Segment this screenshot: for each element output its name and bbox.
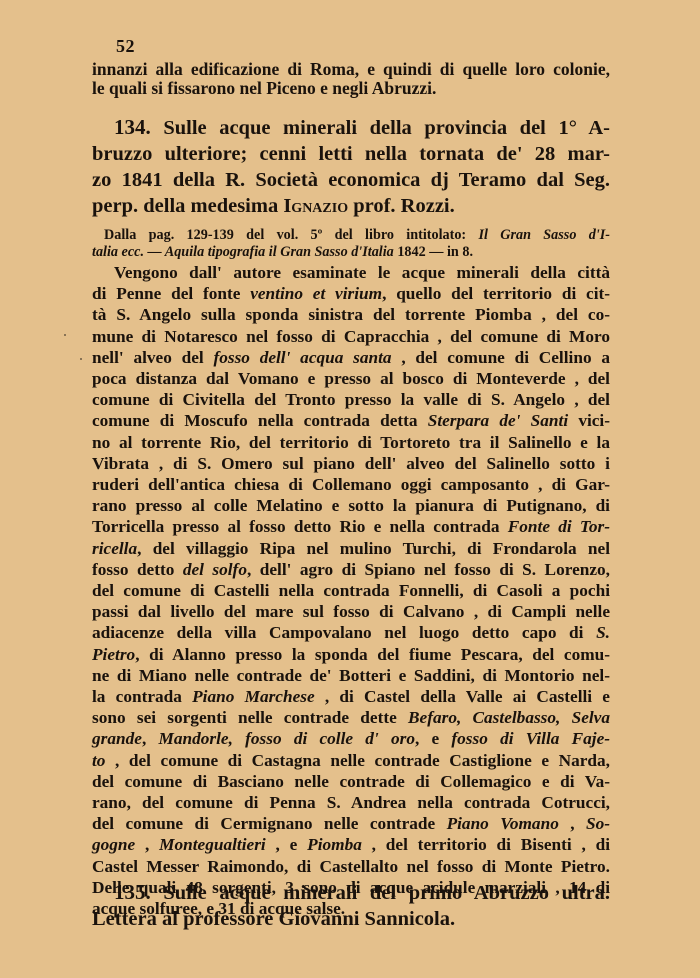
body-text: , e (415, 729, 451, 748)
citation-line: talia ecc. — Aquila tipografia il Gran S… (92, 244, 610, 261)
italic-place-name: ricella (92, 539, 137, 558)
body-text: sono sei sorgenti nelle contrade dette (92, 708, 408, 727)
italic-place-name: grande (92, 729, 142, 748)
body-text: poca distanza dal Vomano e presso al bos… (92, 369, 610, 388)
source-citation: Dalla pag. 129-139 del vol. 5º del libro… (92, 227, 610, 261)
body-text: no al torrente Rio, del territorio di To… (92, 433, 610, 452)
body-text: Torricella presso al fosso detto Rio e n… (92, 517, 508, 536)
book-page: 52 innanzi alla edificazione di Roma, e … (0, 0, 700, 978)
italic-place-name: Sterpara de' Santi (428, 411, 568, 430)
body-line: del comune di Castelli nella contrada Fo… (92, 580, 610, 601)
body-text: fosso detto (92, 560, 183, 579)
body-text: , di Alanno presso la sponda del fiume P… (135, 645, 610, 664)
heading-text: Sulle acque minerali del primo Abruzzo u… (163, 882, 610, 904)
body-line: ricella, del villaggio Ripa nel mulino T… (92, 538, 610, 559)
body-text: del comune di Basciano nelle contrade di… (92, 772, 610, 791)
citation-line: Dalla pag. 129-139 del vol. 5º del libro… (92, 227, 610, 244)
body-text: Castel Messer Raimondo, di Castellalto n… (92, 857, 610, 876)
italic-place-name: So- (586, 814, 610, 833)
book-title: talia ecc. — Aquila tipografia il Gran S… (92, 244, 397, 260)
body-line: to , del comune di Castagna nelle contra… (92, 750, 610, 771)
body-line: adiacenze della villa Campovalano nel lu… (92, 622, 610, 643)
book-title: Il Gran Sasso d'I- (478, 227, 610, 243)
body-line: poca distanza dal Vomano e presso al bos… (92, 368, 610, 389)
body-line: ruderi dell'antica chiesa di Collemano o… (92, 474, 610, 495)
body-line: no al torrente Rio, del territorio di To… (92, 432, 610, 453)
entry-134-body: Vengono dall' autore esaminate le acque … (92, 262, 610, 919)
text-line: le quali si fissarono nel Piceno e negli… (92, 79, 610, 98)
body-text: del comune di Castelli nella contrada Fo… (92, 581, 610, 600)
body-text: nell' alveo del (92, 348, 213, 367)
body-line: del comune di Cermignano nelle contrade … (92, 813, 610, 834)
heading-line: bruzzo ulteriore; cenni letti nella torn… (92, 141, 610, 167)
italic-place-name: fosso di Villa Faje- (451, 729, 610, 748)
body-line: Vibrata , di S. Omero sul piano dell' al… (92, 453, 610, 474)
italic-place-name: Mandorle, fosso di colle d' oro (158, 729, 414, 748)
citation-text: 1842 — in 8. (397, 244, 473, 260)
text-line: innanzi alla edificazione di Roma, e qui… (92, 60, 610, 79)
body-line: grande, Mandorle, fosso di colle d' oro,… (92, 728, 610, 749)
body-line: gogne , Montegualtieri , e Piomba , del … (92, 834, 610, 855)
body-text: , dell' agro di Spiano nel fosso di S. L… (247, 560, 610, 579)
heading-line: perp. della medesima Ignazio prof. Rozzi… (92, 193, 610, 219)
body-line: comune di Moscufo nella contrada detta S… (92, 410, 610, 431)
body-text: comune di Moscufo nella contrada detta (92, 411, 428, 430)
italic-place-name: Piano Marchese (192, 687, 315, 706)
body-line: Pietro, di Alanno presso la sponda del f… (92, 644, 610, 665)
body-text: del comune di Cermignano nelle contrade (92, 814, 447, 833)
heading-line: zo 1841 della R. Società economica dj Te… (92, 167, 610, 193)
body-text: ne di Miano nelle contrade de' Botteri e… (92, 666, 610, 685)
italic-place-name: Befaro, Castelbasso, Selva (408, 708, 610, 727)
body-text: , del comune di Cellino a (392, 348, 610, 367)
heading-line: 134. Sulle acque minerali della provinci… (92, 114, 610, 141)
heading-text: Sulle acque minerali della provincia del… (163, 117, 610, 139)
body-text: passi dal livello del mare sul fosso di … (92, 602, 610, 621)
italic-place-name: ventino et virium (250, 284, 382, 303)
body-line: sono sei sorgenti nelle contrade dette B… (92, 707, 610, 728)
italic-place-name: Montegualtieri (159, 835, 266, 854)
body-line: comune di Civitella del Tronto presso la… (92, 389, 610, 410)
italic-place-name: del solfo (183, 560, 247, 579)
entry-134-heading: 134. Sulle acque minerali della provinci… (92, 114, 610, 219)
print-speck (80, 358, 82, 360)
body-text: , e (266, 835, 307, 854)
body-text: vici- (568, 411, 610, 430)
page-number: 52 (116, 36, 135, 57)
body-line: passi dal livello del mare sul fosso di … (92, 601, 610, 622)
body-text: , quello del territorio di cit- (382, 284, 610, 303)
body-text: , di Castel della Valle ai Castelli e (315, 687, 610, 706)
body-text: ruderi dell'antica chiesa di Collemano o… (92, 475, 610, 494)
body-text: , del villaggio Ripa nel mulino Turchi, … (137, 539, 610, 558)
heading-line: 135. Sulle acque minerali del primo Abru… (92, 879, 610, 906)
print-speck (64, 334, 66, 336)
body-line: rano, del comune di Penna S. Andrea nell… (92, 792, 610, 813)
italic-place-name: Piano Vomano (447, 814, 559, 833)
body-text: , (142, 729, 159, 748)
body-line: rano presso al colle Melatino e sotto la… (92, 495, 610, 516)
body-text: , (135, 835, 159, 854)
body-text: , del territorio di Bisenti , di (362, 835, 610, 854)
body-line: Torricella presso al fosso detto Rio e n… (92, 516, 610, 537)
body-text: mune di Notaresco nel fosso di Capracchi… (92, 327, 610, 346)
body-line: la contrada Piano Marchese , di Castel d… (92, 686, 610, 707)
body-text: tà S. Angelo sulla sponda sinistra del t… (92, 305, 610, 324)
entry-135-heading: 135. Sulle acque minerali del primo Abru… (92, 879, 610, 932)
entry-number: 134. (114, 115, 151, 139)
body-text: rano, del comune di Penna S. Andrea nell… (92, 793, 610, 812)
entry-number: 135. (114, 880, 151, 904)
body-line: mune di Notaresco nel fosso di Capracchi… (92, 326, 610, 347)
citation-text: Dalla pag. 129-139 del vol. 5º del libro… (104, 227, 478, 243)
body-line: del comune di Basciano nelle contrade di… (92, 771, 610, 792)
body-line: Castel Messer Raimondo, di Castellalto n… (92, 856, 610, 877)
body-text: comune di Civitella del Tronto presso la… (92, 390, 610, 409)
italic-place-name: Pietro (92, 645, 135, 664)
body-text: , del comune di Castagna nelle contrade … (105, 751, 610, 770)
body-text: di Penne del fonte (92, 284, 250, 303)
italic-place-name: fosso dell' acqua santa (213, 348, 391, 367)
body-line: tà S. Angelo sulla sponda sinistra del t… (92, 304, 610, 325)
body-line: di Penne del fonte ventino et virium, qu… (92, 283, 610, 304)
body-line: ne di Miano nelle contrade de' Botteri e… (92, 665, 610, 686)
body-text: adiacenze della villa Campovalano nel lu… (92, 623, 596, 642)
heading-line: Lettera al professore Giovanni Sannicola… (92, 906, 610, 932)
italic-place-name: to (92, 751, 105, 770)
heading-text: prof. Rozzi. (348, 195, 455, 217)
heading-text: perp. della medesima (92, 195, 283, 217)
italic-place-name: S. (596, 623, 610, 642)
body-line: fosso detto del solfo, dell' agro di Spi… (92, 559, 610, 580)
body-text: rano presso al colle Melatino e sotto la… (92, 496, 610, 515)
italic-place-name: Fonte di Tor- (508, 517, 610, 536)
body-text: Vengono dall' autore esaminate le acque … (114, 263, 610, 282)
italic-place-name: Piomba (307, 835, 362, 854)
italic-place-name: gogne (92, 835, 135, 854)
body-line: Vengono dall' autore esaminate le acque … (92, 262, 610, 283)
body-text: Vibrata , di S. Omero sul piano dell' al… (92, 454, 610, 473)
body-text: , (559, 814, 586, 833)
intro-paragraph: innanzi alla edificazione di Roma, e qui… (92, 60, 610, 98)
body-line: nell' alveo del fosso dell' acqua santa … (92, 347, 610, 368)
body-text: la contrada (92, 687, 192, 706)
author-name: Ignazio (283, 195, 348, 217)
